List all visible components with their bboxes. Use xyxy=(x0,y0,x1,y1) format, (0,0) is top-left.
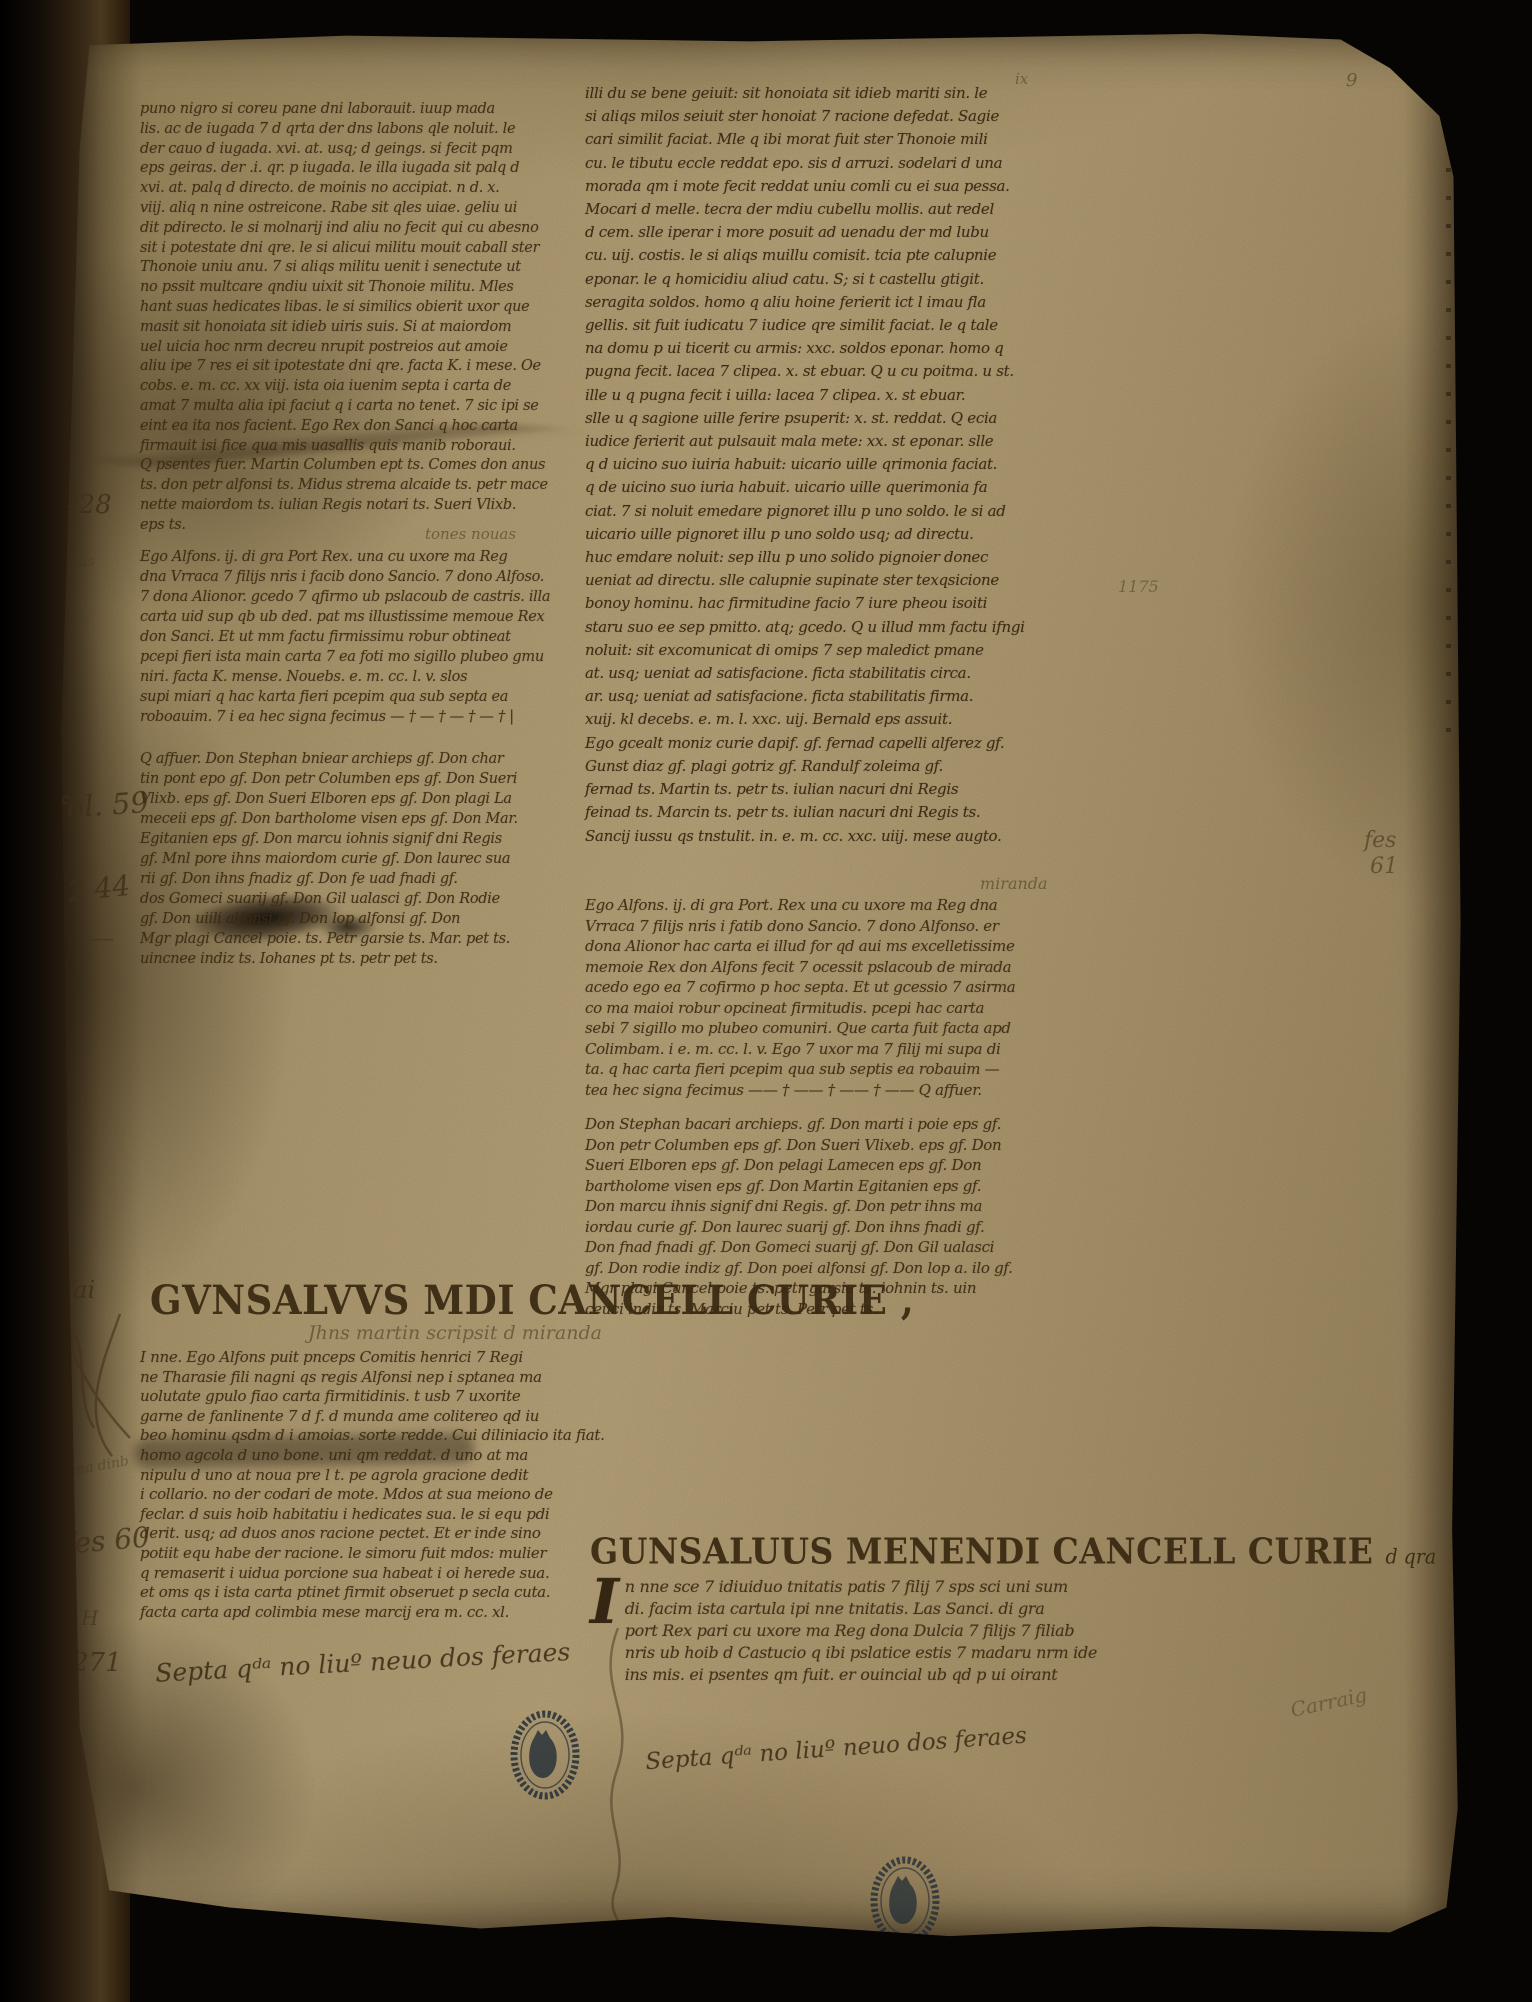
manuscript-text-line: Q affuer. Don Stephan bniear archieps gf… xyxy=(140,749,600,769)
manuscript-text-line: nris ub hoib d Castucio q ibi pslatice e… xyxy=(625,1642,1097,1664)
manuscript-text-line: xvi. at. palq d directo. de moinis no ac… xyxy=(140,179,600,199)
manuscript-text-line: bartholome visen eps gf. Don Martin Egit… xyxy=(585,1176,1130,1197)
manuscript-text-line: Ego Alfons. ij. di gra Port Rex. una cu … xyxy=(140,547,600,567)
manuscript-text-line: Mgr plagi Cancel poie. ts. Petr garsie t… xyxy=(140,929,600,949)
manuscript-text-line: memoie Rex don Alfons fecit 7 ocessit ps… xyxy=(585,957,1130,978)
manuscript-text-line: na domu p ui ticerit cu armis: xxc. sold… xyxy=(585,337,1130,360)
manuscript-text-line: Sueri Elboren eps gf. Don pelagi Lamecen… xyxy=(585,1155,1130,1176)
manuscript-text-line: i collario. no der codari de mote. Mdos … xyxy=(140,1485,610,1505)
manuscript-text-line: amat 7 multa alia ipi faciut q i carta n… xyxy=(140,397,600,417)
manuscript-text-line: Ego Alfons. ij. di gra Port. Rex una cu … xyxy=(585,895,1130,916)
manuscript-text-line: acedo ego ea 7 cofirmo p hoc septa. Et u… xyxy=(585,977,1130,998)
manuscript-text-line: gf. Don rodie indiz gf. Don poei alfonsi… xyxy=(585,1258,1130,1279)
left-charter-text: I nne. Ego Alfons puit pnceps Comitis he… xyxy=(140,1348,610,1622)
right-charter-lines: n nne sce 7 idiuiduo tnitatis patis 7 fi… xyxy=(625,1576,1097,1686)
manuscript-text-line: sit i potestate dni qre. le si alicui mi… xyxy=(140,239,600,259)
manuscript-text-line: Q psentes fuer. Martin Columben ept ts. … xyxy=(140,456,600,476)
manuscript-text-line: staru suo ee sep pmitto. atq; gcedo. Q u… xyxy=(585,616,1130,639)
manuscript-text-line: ar. usq; ueniat ad satisfacione. ficta s… xyxy=(585,685,1130,708)
margin-note-fes: fes xyxy=(1364,828,1396,853)
manuscript-text-line: et oms qs i ista carta ptinet firmit obs… xyxy=(140,1583,610,1603)
manuscript-text-line: Ego gcealt moniz curie dapif. gf. fernad… xyxy=(585,732,1130,755)
manuscript-text-line: iudice ferierit aut pulsauit mala mete: … xyxy=(585,430,1130,453)
page-edge-shadow xyxy=(1404,28,1462,1940)
manuscript-text-line: illi du se bene geiuit: sit honoiata sit… xyxy=(585,82,1130,105)
manuscript-text-line: ta. q hac carta fieri pcepim qua sub sep… xyxy=(585,1059,1130,1080)
manuscript-text-line: supi miari q hac karta fieri pcepim qua … xyxy=(140,687,600,707)
manuscript-text-line: meceii eps gf. Don bartholome visen eps … xyxy=(140,809,600,829)
manuscript-text-line: cu. uij. costis. le si aliqs muillu comi… xyxy=(585,244,1130,267)
right-charter-text: I n nne sce 7 idiuiduo tnitatis patis 7 … xyxy=(590,1576,1135,1686)
manuscript-text-line: di. facim ista cartula ipi nne tnitatis.… xyxy=(625,1598,1097,1620)
manuscript-text-line: der cauo d iugada. xvi. at. usq; d geing… xyxy=(140,140,600,160)
manuscript-text-line: bonoy hominu. hac firmitudine facio 7 iu… xyxy=(585,592,1130,615)
manuscript-text-line: morada qm i mote fecit reddat uniu comli… xyxy=(585,175,1130,198)
manuscript-text-line: Gunst diaz gf. plagi gotriz gf. Randulf … xyxy=(585,755,1130,778)
manuscript-text-line: Don Stephan bacari archieps. gf. Don mar… xyxy=(585,1114,1130,1135)
manuscript-text-line: I nne. Ego Alfons puit pnceps Comitis he… xyxy=(140,1348,610,1368)
manuscript-text-line: feinad ts. Marcin ts. petr ts. iulian na… xyxy=(585,801,1130,824)
manuscript-text-line: q remaserit i uidua porcione sua habeat … xyxy=(140,1564,610,1584)
manuscript-text-line: co ma maioi robur opcineat firmitudis. p… xyxy=(585,998,1130,1019)
manuscript-text-line: Egitanien eps gf. Don marcu iohnis signi… xyxy=(140,829,600,849)
section-note-miranda: miranda xyxy=(980,874,1048,893)
right-column-block1: illi du se bene geiuit: sit honoiata sit… xyxy=(585,82,1130,848)
rubric-heading-right: GUNSALUUS MENENDI CANCELL CURIE d qra xyxy=(590,1530,1436,1572)
manuscript-text-line: Thonoie uniu anu. 7 si aliqs militu ueni… xyxy=(140,258,600,278)
margin-note-271: 271 xyxy=(72,1648,122,1678)
manuscript-text-line: Don fnad fnadi gf. Don Gomeci suarij gf.… xyxy=(585,1237,1130,1258)
manuscript-text-line: ciat. 7 si noluit emedare pignoret illu … xyxy=(585,500,1130,523)
manuscript-text-line: gf. Don uiili alfonsi gf. Don lop alfons… xyxy=(140,909,600,929)
manuscript-text-line: eint ea ita nos facient. Ego Rex don San… xyxy=(140,417,600,437)
manuscript-text-line: dit pdirecto. le si molnarij ind aliu no… xyxy=(140,219,600,239)
manuscript-text-line: sebi 7 sigillo mo plubeo comuniri. Que c… xyxy=(585,1018,1130,1039)
manuscript-text-line: potiit equ habe der racione. le simoru f… xyxy=(140,1544,610,1564)
manuscript-text-line: viij. aliq n nine ostreicone. Rabe sit q… xyxy=(140,199,600,219)
manuscript-text-line: aliu ipe 7 res ei sit ipotestate dni qre… xyxy=(140,357,600,377)
manuscript-text-line: Don petr Columben eps gf. Don Sueri Vlix… xyxy=(585,1135,1130,1156)
manuscript-text-line: ueniat ad directu. slle calupnie supinat… xyxy=(585,569,1130,592)
manuscript-text-line: xuij. kl decebs. e. m. l. xxc. uij. Bern… xyxy=(585,708,1130,731)
manuscript-text-line: nipulu d uno at noua pre l t. pe agrola … xyxy=(140,1466,610,1486)
manuscript-text-line: carta uid sup qb ub ded. pat ms illustis… xyxy=(140,607,600,627)
manuscript-text-line: tea hec signa fecimus —— † —— † —— † —— … xyxy=(585,1080,1130,1101)
manuscript-text-line: Vrraca 7 filijs nris i fatib dono Sancio… xyxy=(585,916,1130,937)
manuscript-text-line: n nne sce 7 idiuiduo tnitatis patis 7 fi… xyxy=(625,1576,1097,1598)
manuscript-text-line: ille u q pugna fecit i uilla: lacea 7 cl… xyxy=(585,384,1130,407)
manuscript-text-line: feclar. d suis hoib habitatiu i hedicate… xyxy=(140,1505,610,1525)
manuscript-text-line: slle u q sagione uille ferire psuperit: … xyxy=(585,407,1130,430)
manuscript-text-line: ceuci indiz ts. Marciu pet ts. Petr pet … xyxy=(585,1299,1130,1320)
manuscript-text-line: ne Tharasie fili nagni qs regis Alfonsi … xyxy=(140,1368,610,1388)
manuscript-text-line: 7 dona Alionor. gcedo 7 qfirmo ub pslaco… xyxy=(140,587,600,607)
margin-note-1175: 1175 xyxy=(1118,577,1159,596)
manuscript-text-line: noluit: sit excomunicat di omips 7 sep m… xyxy=(585,639,1130,662)
archivist-signature-left: Septa qᵈᵃ no liuº neuo dos feraes xyxy=(155,1637,571,1688)
manuscript-text-line: Sancij iussu qs tnstulit. in. e. m. cc. … xyxy=(585,825,1130,848)
manuscript-text-line: dos Gomeci suarij gf. Don Gil ualasci gf… xyxy=(140,889,600,909)
manuscript-text-line: rii gf. Don ihns fnadiz gf. Don fe uad f… xyxy=(140,869,600,889)
manuscript-text-line: don Sanci. Et ut mm factu firmissimu rob… xyxy=(140,627,600,647)
manuscript-text-line: fernad ts. Martin ts. petr ts. iulian na… xyxy=(585,778,1130,801)
rubric-heading-suffix: d qra xyxy=(1385,1545,1436,1569)
manuscript-text-line: facta carta apd colimbia mese marcij era… xyxy=(140,1603,610,1623)
manuscript-text-line: firmauit isi fice qua mis uasallis quis … xyxy=(140,437,600,457)
manuscript-text-line: seragita soldos. homo q aliu hoine ferie… xyxy=(585,291,1130,314)
manuscript-text-line: gellis. sit fuit iudicatu 7 iudice qre s… xyxy=(585,314,1130,337)
manuscript-text-line: q d uicino suo iuiria habuit: uicario ui… xyxy=(585,453,1130,476)
manuscript-text-line: gf. Mnl pore ihns maiordom curie gf. Don… xyxy=(140,849,600,869)
manuscript-text-line: cari similit faciat. Mle q ibi morat fui… xyxy=(585,128,1130,151)
manuscript-text-line: masit sit honoiata sit idieb uiris suis.… xyxy=(140,318,600,338)
interlinear-note: tones nouas xyxy=(425,525,516,543)
archivist-signature-right: Septa qᵈᵃ no liuº neuo dos feraes xyxy=(645,1723,1028,1776)
manuscript-text-line: Mocari d melle. tecra der mdiu cubellu m… xyxy=(585,198,1130,221)
parchment-page: ix 9 puno nigro si coreu pane dni labora… xyxy=(50,28,1462,1940)
manuscript-text-line: q de uicino suo iuria habuit. uicario ui… xyxy=(585,476,1130,499)
manuscript-text-line: uicario uille pignoret illu p uno soldo … xyxy=(585,523,1130,546)
manuscript-text-line: uel uicia hoc nrm decreu nrupit postreio… xyxy=(140,338,600,358)
manuscript-text-line: tin pont epo gf. Don petr Columben eps g… xyxy=(140,769,600,789)
manuscript-text-line: eponar. le q homicidiu aliud catu. S; si… xyxy=(585,268,1130,291)
decorated-initial: I xyxy=(590,1576,619,1628)
manuscript-text-line: cobs. e. m. cc. xx viij. ista oia iuenim… xyxy=(140,377,600,397)
manuscript-text-line: Vlixb. eps gf. Don Sueri Elboren eps gf.… xyxy=(140,789,600,809)
oval-library-ink-stamp xyxy=(870,1856,940,1946)
oval-library-ink-stamp xyxy=(510,1710,580,1800)
manuscript-photo: { "photo": { "background_color": "#07050… xyxy=(0,0,1532,2002)
left-column-block1: puno nigro si coreu pane dni laborauit. … xyxy=(140,100,600,536)
manuscript-text-line: puno nigro si coreu pane dni laborauit. … xyxy=(140,100,600,120)
manuscript-text-line: ts. don petr alfonsi ts. Midus strema al… xyxy=(140,476,600,496)
manuscript-text-line: iordau curie gf. Don laurec suarij gf. D… xyxy=(585,1217,1130,1238)
manuscript-text-line: homo agcola d uno bone. uni qm reddat. d… xyxy=(140,1446,610,1466)
manuscript-text-line: no pssit multcare qndiu uixit sit Thonoi… xyxy=(140,278,600,298)
manuscript-text-line: nette maiordom ts. iulian Regis notari t… xyxy=(140,496,600,516)
manuscript-text-line: derit. usq; ad duos anos racione pectet.… xyxy=(140,1524,610,1544)
manuscript-text-line: hant suas hedicates libas. le si similic… xyxy=(140,298,600,318)
manuscript-text-line: beo hominu qsdm d i amoias. sorte redde.… xyxy=(140,1426,610,1446)
manuscript-text-line: huc emdare noluit: sep illu p uno solido… xyxy=(585,546,1130,569)
right-column-witnesses: Don Stephan bacari archieps. gf. Don mar… xyxy=(585,1114,1130,1319)
manuscript-text-line: si aliqs milos seiuit ster honoiat 7 rac… xyxy=(585,105,1130,128)
rubric-heading-text: GUNSALUUS MENENDI CANCELL CURIE xyxy=(590,1530,1373,1572)
manuscript-text-line: lis. ac de iugada 7 d qrta der dns labon… xyxy=(140,120,600,140)
manuscript-text-line: niri. facta K. mense. Nouebs. e. m. cc. … xyxy=(140,667,600,687)
margin-note-61: 61 xyxy=(1370,854,1398,879)
manuscript-text-line: garne de fanlinente 7 d f. d munda ame c… xyxy=(140,1407,610,1427)
manuscript-text-line: d cem. slle iperar i more posuit ad uena… xyxy=(585,221,1130,244)
margin-note-fol59: fol. 59 xyxy=(55,785,150,825)
manuscript-text-line: at. usq; ueniat ad satisfacione. ficta s… xyxy=(585,662,1130,685)
manuscript-text-line: Don marcu ihnis signif dni Regis. gf. Do… xyxy=(585,1196,1130,1217)
manuscript-text-line: pugna fecit. lacea 7 clipea. x. st ebuar… xyxy=(585,360,1130,383)
left-column-witnesses: Q affuer. Don Stephan bniear archieps gf… xyxy=(140,749,600,969)
manuscript-text-line: roboauim. 7 i ea hec signa fecimus — † —… xyxy=(140,707,600,727)
pricking-holes xyxy=(1446,168,1451,734)
manuscript-text-line: uincnee indiz ts. Iohanes pt ts. petr pe… xyxy=(140,949,600,969)
initial-flourish xyxy=(598,1628,668,1938)
manuscript-text-line: port Rex pari cu uxore ma Reg dona Dulci… xyxy=(625,1620,1097,1642)
manuscript-text-line: ins mis. ei psentes qm fuit. er ouincial… xyxy=(625,1664,1097,1686)
page-number: 9 xyxy=(1346,70,1357,91)
margin-note-228: 228 xyxy=(62,490,112,520)
manuscript-text-line: Mgr plagi Cancel poie ts. petr garsie ts… xyxy=(585,1278,1130,1299)
right-column-block2: Ego Alfons. ij. di gra Port. Rex una cu … xyxy=(585,895,1130,1100)
manuscript-text-line: uolutate gpulo fiao carta firmitidinis. … xyxy=(140,1387,610,1407)
manuscript-text-line: Colimbam. i e. m. cc. l. v. Ego 7 uxor m… xyxy=(585,1039,1130,1060)
manuscript-text-line: dna Vrraca 7 filijs nris i facib dono Sa… xyxy=(140,567,600,587)
margin-note-carraig: Carraig xyxy=(1288,1682,1369,1722)
manuscript-text-line: cu. le tibutu eccle reddat epo. sis d ar… xyxy=(585,152,1130,175)
manuscript-text-line: pcepi fieri ista main carta 7 ea foti mo… xyxy=(140,647,600,667)
margin-dash: — xyxy=(90,924,114,952)
manuscript-text-line: eps ts. xyxy=(140,516,600,536)
rubric-subscript: Jhns martin scripsit d miranda xyxy=(308,1322,602,1344)
left-column-block2: Ego Alfons. ij. di gra Port Rex. una cu … xyxy=(140,547,600,727)
manuscript-text-line: eps geiras. der .i. qr. p iugada. le ill… xyxy=(140,159,600,179)
manuscript-text-line: dona Alionor hac carta ei illud for qd a… xyxy=(585,936,1130,957)
